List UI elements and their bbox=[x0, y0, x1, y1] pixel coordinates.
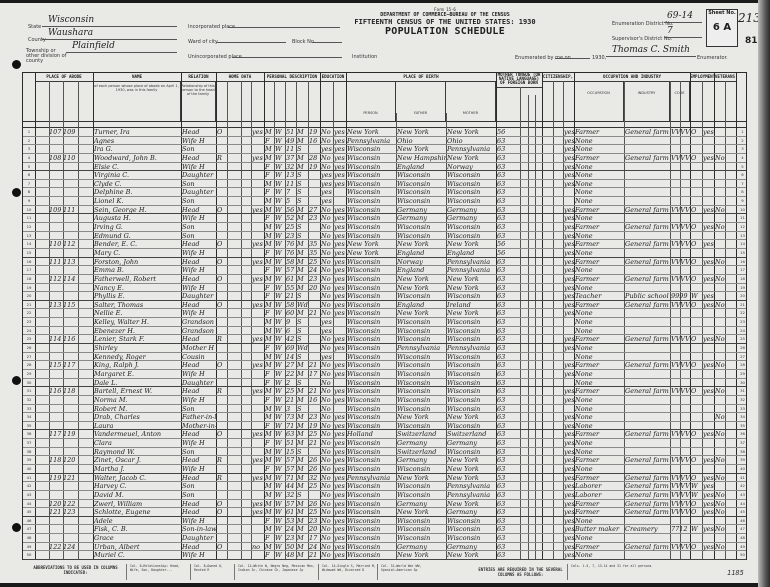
cell-fbp: England bbox=[397, 163, 446, 171]
cell-oc: VVVV bbox=[671, 500, 690, 508]
table-row: 9Lionel K.SonMW5SyesWisconsinWisconsinWi… bbox=[23, 197, 746, 206]
cell-ama bbox=[309, 301, 320, 309]
table-row: 45121123Schlotte, EugeneHeadOyesMW61M25N… bbox=[23, 508, 746, 517]
cell-home bbox=[217, 353, 227, 361]
cell-age: 3 bbox=[286, 405, 296, 413]
line-number: 46 bbox=[737, 517, 748, 525]
table-row: 22Nellie E.Wife HFW60M21NoyesWisconsinNe… bbox=[23, 309, 746, 318]
cell-ama bbox=[309, 223, 320, 231]
cell-rel: Wife H bbox=[182, 163, 216, 171]
cell-age: 76 bbox=[286, 249, 296, 257]
cell-fam bbox=[63, 448, 78, 456]
cell-occ: None bbox=[575, 318, 624, 326]
cell-ama bbox=[309, 232, 320, 240]
cell-name: Adele bbox=[94, 517, 181, 525]
line-number: 2 bbox=[737, 137, 748, 145]
cell-emp: yes bbox=[703, 206, 714, 214]
cell-ms: Wd bbox=[297, 301, 308, 309]
cell-mbp: New York bbox=[447, 465, 496, 473]
relation-header: Relationship of this person to the head … bbox=[181, 81, 216, 121]
cell-ms: S bbox=[297, 318, 308, 326]
table-row: 47Fisk, C. B.Son-in-lawMW24M20NoyesWisco… bbox=[23, 525, 746, 534]
cell-race: W bbox=[275, 396, 285, 404]
cell-mbp: Wisconsin bbox=[447, 422, 496, 430]
cell-rel: Wife H bbox=[182, 309, 216, 317]
line-number: 25 bbox=[737, 335, 748, 343]
cell-name: David M. bbox=[94, 491, 181, 499]
cell-name: Dale L. bbox=[94, 379, 181, 387]
cell-mbp: Germany bbox=[447, 508, 496, 516]
cell-emp bbox=[703, 137, 714, 145]
cell-sex: M bbox=[265, 275, 274, 283]
cell-mbp: New York bbox=[447, 456, 496, 464]
cell-name: Fisk, C. B. bbox=[94, 525, 181, 533]
cell-name: Urban, Albert bbox=[94, 543, 181, 551]
cell-dw bbox=[49, 318, 63, 326]
footer-block: Col. 31—World War WW, Spanish-American S… bbox=[377, 564, 436, 580]
cell-sex: M bbox=[265, 240, 274, 248]
line-number: 33 bbox=[23, 405, 35, 413]
cell-ms: S bbox=[297, 145, 308, 153]
cell-sex: M bbox=[265, 500, 274, 508]
cell-sch: No bbox=[321, 206, 333, 214]
line-number: 11 bbox=[23, 214, 35, 222]
cell-oc bbox=[671, 534, 690, 542]
cell-emp: yes bbox=[703, 292, 714, 300]
cell-home: O bbox=[217, 301, 227, 309]
table-row: 42Harvey C.SonMW44M25NoyesWisconsinWisco… bbox=[23, 482, 746, 491]
cell-rel: Son bbox=[182, 448, 216, 456]
cell-sex: F bbox=[265, 422, 274, 430]
cell-eng: yes bbox=[564, 258, 574, 266]
cell-home: O bbox=[217, 508, 227, 516]
state-label: State bbox=[28, 24, 41, 30]
cell-w bbox=[691, 249, 702, 257]
cell-bp: Wisconsin bbox=[347, 413, 396, 421]
cell-age: 58 bbox=[286, 258, 296, 266]
cell-mbp: New York bbox=[447, 551, 496, 559]
punch-hole bbox=[12, 376, 21, 385]
cell-fam bbox=[63, 188, 78, 196]
cell-age: 60 bbox=[286, 309, 296, 317]
cell-rel: Son bbox=[182, 232, 216, 240]
cell-dw: 112 bbox=[49, 275, 63, 283]
cell-age: 22 bbox=[286, 370, 296, 378]
cell-code: 63 bbox=[497, 525, 520, 533]
cell-code: 63 bbox=[497, 335, 520, 343]
cell-name: Harvey C. bbox=[94, 482, 181, 490]
cell-sch: yes bbox=[321, 353, 333, 361]
enumerator-label: Enumerator. bbox=[697, 55, 728, 61]
population-table: PLACE OF ABODE NAME RELATION HOME DATA P… bbox=[22, 72, 747, 560]
cell-oc bbox=[671, 188, 690, 196]
cell-occ: None bbox=[575, 405, 624, 413]
line-number: 37 bbox=[23, 439, 35, 447]
cell-race: W bbox=[275, 525, 285, 533]
cell-rel: Wife H bbox=[182, 439, 216, 447]
line-number: 13 bbox=[737, 232, 748, 240]
cell-occ: None bbox=[575, 353, 624, 361]
cell-farm bbox=[252, 327, 264, 335]
line-number: 13 bbox=[23, 232, 35, 240]
cell-ms: M bbox=[297, 422, 308, 430]
cell-farm bbox=[252, 145, 264, 153]
cell-occ: Teacher bbox=[575, 292, 624, 300]
cell-home bbox=[217, 482, 227, 490]
cell-race: W bbox=[275, 456, 285, 464]
cell-code: 63 bbox=[497, 214, 520, 222]
cell-home bbox=[217, 163, 227, 171]
cell-fbp: Wisconsin bbox=[397, 379, 446, 387]
cell-emp: yes bbox=[703, 525, 714, 533]
line-number: 1 bbox=[23, 128, 35, 136]
cell-bp: Wisconsin bbox=[347, 318, 396, 326]
cell-sex: M bbox=[265, 301, 274, 309]
cell-ms: S bbox=[297, 171, 308, 179]
cell-eng: yes bbox=[564, 335, 574, 343]
cell-sex: F bbox=[265, 309, 274, 317]
cell-ama: 19 bbox=[309, 128, 320, 136]
cell-w bbox=[691, 171, 702, 179]
cell-rel: Wife H bbox=[182, 137, 216, 145]
cell-sex: M bbox=[265, 145, 274, 153]
cell-ama bbox=[309, 335, 320, 343]
cell-code: 63 bbox=[497, 188, 520, 196]
cell-vet bbox=[715, 370, 725, 378]
cell-vet: No bbox=[715, 387, 725, 395]
cell-farm bbox=[252, 525, 264, 533]
cell-fam: 112 bbox=[63, 240, 78, 248]
cell-sex: F bbox=[265, 344, 274, 352]
line-number: 49 bbox=[23, 543, 35, 551]
cell-ind bbox=[625, 327, 670, 335]
cell-farm bbox=[252, 214, 264, 222]
cell-farm: yes bbox=[252, 275, 264, 283]
cell-fbp: Wisconsin bbox=[397, 396, 446, 404]
cell-occ: Farmer bbox=[575, 474, 624, 482]
cell-w: O bbox=[691, 240, 702, 248]
cell-ms: S bbox=[297, 491, 308, 499]
cell-sch: yes bbox=[321, 180, 333, 188]
cell-ms: M bbox=[297, 525, 308, 533]
cell-sch: No bbox=[321, 309, 333, 317]
cell-bp: Wisconsin bbox=[347, 206, 396, 214]
line-number: 7 bbox=[737, 180, 748, 188]
cell-rel: Daughter bbox=[182, 171, 216, 179]
cell-eng: yes bbox=[564, 396, 574, 404]
cell-age: 25 bbox=[286, 387, 296, 395]
line-number: 44 bbox=[737, 500, 748, 508]
table-row: 43David M.SonMW32SNoyesWisconsinWisconsi… bbox=[23, 491, 746, 500]
line-number: 42 bbox=[737, 482, 748, 490]
cell-home bbox=[217, 171, 227, 179]
cell-sex: M bbox=[265, 525, 274, 533]
cell-fbp: Wisconsin bbox=[397, 180, 446, 188]
cell-home bbox=[217, 137, 227, 145]
cell-home bbox=[217, 448, 227, 456]
cell-fbp: Wisconsin bbox=[397, 491, 446, 499]
cell-sch: No bbox=[321, 292, 333, 300]
cell-code: 63 bbox=[497, 543, 520, 551]
cell-fbp: Germany bbox=[397, 439, 446, 447]
cell-oc: VVVV bbox=[671, 482, 690, 490]
cell-rel: Wife H bbox=[182, 465, 216, 473]
cell-age: 15 bbox=[286, 448, 296, 456]
line-number: 4 bbox=[737, 154, 748, 162]
cell-name: Norma M. bbox=[94, 396, 181, 404]
cell-dw bbox=[49, 413, 63, 421]
cell-race: W bbox=[275, 284, 285, 292]
cell-fam bbox=[63, 413, 78, 421]
cell-farm bbox=[252, 517, 264, 525]
cell-fam: 119 bbox=[63, 430, 78, 438]
cell-occ: None bbox=[575, 197, 624, 205]
cell-fam: 124 bbox=[63, 543, 78, 551]
state-value: Wisconsin bbox=[48, 15, 94, 25]
cell-name: Vandermeuel, Anton bbox=[94, 430, 181, 438]
cell-home bbox=[217, 396, 227, 404]
cell-emp bbox=[703, 327, 714, 335]
cell-code: 63 bbox=[497, 370, 520, 378]
entries-title: ENTRIES ARE REQUIRED IN THE SEVERAL COLU… bbox=[478, 567, 563, 577]
cell-name: Forston, John bbox=[94, 258, 181, 266]
cell-mbp: New York bbox=[447, 309, 496, 317]
cell-name: Raymond W. bbox=[94, 448, 181, 456]
cell-bp: Wisconsin bbox=[347, 508, 396, 516]
cell-bp: Wisconsin bbox=[347, 188, 396, 196]
cell-emp: yes bbox=[703, 154, 714, 162]
cell-occ: None bbox=[575, 266, 624, 274]
cell-farm bbox=[252, 396, 264, 404]
enumerator-field: Thomas C. Smith bbox=[606, 47, 696, 57]
cell-rel: Head bbox=[182, 258, 216, 266]
cell-race: W bbox=[275, 318, 285, 326]
cell-ama: 16 bbox=[309, 137, 320, 145]
cell-sch: No bbox=[321, 448, 333, 456]
cell-emp bbox=[703, 551, 714, 559]
cell-home: O bbox=[217, 206, 227, 214]
cell-ms: M bbox=[297, 387, 308, 395]
cell-race: W bbox=[275, 551, 285, 559]
line-number: 18 bbox=[737, 275, 748, 283]
line-number: 46 bbox=[23, 517, 35, 525]
cell-rel: Son bbox=[182, 197, 216, 205]
cell-race: W bbox=[275, 361, 285, 369]
cell-sex: M bbox=[265, 361, 274, 369]
cell-sch: No bbox=[321, 370, 333, 378]
cell-vet bbox=[715, 344, 725, 352]
table-row: 1107109Turner, IraHeadOyesMW51M19NoyesNe… bbox=[23, 128, 746, 137]
cell-ama: 17 bbox=[309, 534, 320, 542]
cell-occ: None bbox=[575, 327, 624, 335]
cell-code: 63 bbox=[497, 379, 520, 387]
cell-name: Zinet, Oscar J. bbox=[94, 456, 181, 464]
line-number: 10 bbox=[23, 206, 35, 214]
cell-rel: Head bbox=[182, 240, 216, 248]
cell-rd: yes bbox=[334, 266, 346, 274]
cell-fbp: Wisconsin bbox=[397, 335, 446, 343]
table-row: 36117119Vandermeuel, AntonHeadOyesMW63M2… bbox=[23, 430, 746, 439]
cell-ms: S bbox=[297, 223, 308, 231]
line-number: 14 bbox=[737, 240, 748, 248]
cell-name: Elsie C. bbox=[94, 163, 181, 171]
footer-stamp: 1185 bbox=[727, 569, 744, 577]
cell-emp bbox=[703, 396, 714, 404]
cell-rel: Wife H bbox=[182, 266, 216, 274]
cell-vet bbox=[715, 284, 725, 292]
group-personal: PERSONAL DESCRIPTION bbox=[264, 73, 321, 82]
cell-vet: No bbox=[715, 335, 725, 343]
cell-age: 71 bbox=[286, 422, 296, 430]
cell-age: 55 bbox=[286, 284, 296, 292]
cell-emp bbox=[703, 309, 714, 317]
cell-mbp: Wisconsin bbox=[447, 197, 496, 205]
cell-rel: Head bbox=[182, 430, 216, 438]
cell-farm bbox=[252, 405, 264, 413]
cell-age: 13 bbox=[286, 171, 296, 179]
cell-sex: F bbox=[265, 137, 274, 145]
cell-eng: yes bbox=[564, 456, 574, 464]
cell-home bbox=[217, 370, 227, 378]
cell-age: 57 bbox=[286, 456, 296, 464]
cell-ama bbox=[309, 188, 320, 196]
cell-w bbox=[691, 370, 702, 378]
cell-vet: No bbox=[715, 258, 725, 266]
cell-oc: VVVV bbox=[671, 361, 690, 369]
cell-age: 11 bbox=[286, 180, 296, 188]
cell-mbp: Pennsylvania bbox=[447, 145, 496, 153]
cell-fam bbox=[63, 266, 78, 274]
cell-rd: yes bbox=[334, 517, 346, 525]
cell-rd: yes bbox=[334, 508, 346, 516]
line-number: 14 bbox=[23, 240, 35, 248]
cell-sch: No bbox=[321, 405, 333, 413]
cell-farm bbox=[252, 284, 264, 292]
cell-w: O bbox=[691, 543, 702, 551]
cell-mbp: Wisconsin bbox=[447, 223, 496, 231]
cell-w: W bbox=[691, 292, 702, 300]
line-number: 24 bbox=[737, 327, 748, 335]
cell-rel: Daughter bbox=[182, 188, 216, 196]
cell-dw bbox=[49, 137, 63, 145]
cell-code: 56 bbox=[497, 249, 520, 257]
cell-w bbox=[691, 145, 702, 153]
cell-ama bbox=[309, 180, 320, 188]
cell-mbp: Wisconsin bbox=[447, 180, 496, 188]
cell-bp: Wisconsin bbox=[347, 387, 396, 395]
cell-farm: no bbox=[252, 543, 264, 551]
cell-ind bbox=[625, 232, 670, 240]
cell-occ: None bbox=[575, 448, 624, 456]
cell-ama: 28 bbox=[309, 154, 320, 162]
cell-oc bbox=[671, 327, 690, 335]
cell-bp: Wisconsin bbox=[347, 258, 396, 266]
cell-age: 73 bbox=[286, 413, 296, 421]
table-row: 38Raymond W.SonMW15SNoyesWisconsinSwitze… bbox=[23, 448, 746, 457]
cell-w: O bbox=[691, 456, 702, 464]
cell-oc bbox=[671, 517, 690, 525]
cell-eng: yes bbox=[564, 508, 574, 516]
cell-occ: None bbox=[575, 163, 624, 171]
cell-oc: 7712 bbox=[671, 525, 690, 533]
cell-ama: 17 bbox=[309, 370, 320, 378]
cell-sex: M bbox=[265, 482, 274, 490]
cell-code: 63 bbox=[497, 517, 520, 525]
cell-age: 32 bbox=[286, 491, 296, 499]
cell-oc bbox=[671, 405, 690, 413]
cell-fbp: Wisconsin bbox=[397, 197, 446, 205]
cell-sex: F bbox=[265, 292, 274, 300]
supervisor-field: 7 bbox=[664, 28, 702, 38]
line-number: 43 bbox=[23, 491, 35, 499]
cell-fbp: Norway bbox=[397, 258, 446, 266]
cell-rel: Head bbox=[182, 275, 216, 283]
cell-occ: Farmer bbox=[575, 430, 624, 438]
cell-ms: M bbox=[297, 128, 308, 136]
cell-emp bbox=[703, 353, 714, 361]
cell-code: 63 bbox=[497, 206, 520, 214]
line-number: 3 bbox=[737, 145, 748, 153]
cell-vet: No bbox=[715, 525, 725, 533]
cell-age: 27 bbox=[286, 361, 296, 369]
table-row: 28115117King, Ralph J.HeadOyesMW27M21Noy… bbox=[23, 361, 746, 370]
cell-emp bbox=[703, 370, 714, 378]
incorporated-field bbox=[228, 18, 340, 28]
cell-race: W bbox=[275, 301, 285, 309]
line-number: 36 bbox=[23, 430, 35, 438]
cell-home bbox=[217, 232, 227, 240]
cell-dw bbox=[49, 370, 63, 378]
cell-fam bbox=[63, 284, 78, 292]
line-number: 10 bbox=[737, 206, 748, 214]
cell-w bbox=[691, 214, 702, 222]
cell-mbp: New York bbox=[447, 275, 496, 283]
cell-farm: yes bbox=[252, 474, 264, 482]
cell-mbp: Wisconsin bbox=[447, 379, 496, 387]
cell-vet bbox=[715, 232, 725, 240]
cell-code: 63 bbox=[497, 405, 520, 413]
cell-ama: 23 bbox=[309, 214, 320, 222]
cell-ind bbox=[625, 197, 670, 205]
cell-ama: 21 bbox=[309, 551, 320, 559]
cell-farm bbox=[252, 379, 264, 387]
cell-oc: VVVV bbox=[671, 275, 690, 283]
ward-field bbox=[216, 33, 286, 43]
cell-eng: yes bbox=[564, 137, 574, 145]
cell-w bbox=[691, 163, 702, 171]
cell-dw: 118 bbox=[49, 456, 63, 464]
line-number: 22 bbox=[737, 309, 748, 317]
cell-dw bbox=[49, 327, 63, 335]
cell-w bbox=[691, 422, 702, 430]
cell-sch: yes bbox=[321, 171, 333, 179]
cell-w: O bbox=[691, 387, 702, 395]
cell-ms: M bbox=[297, 543, 308, 551]
cell-ms: S bbox=[297, 405, 308, 413]
cell-race: W bbox=[275, 309, 285, 317]
cell-rd: yes bbox=[334, 448, 346, 456]
cell-mbp: Wisconsin bbox=[447, 188, 496, 196]
cell-name: Ira G. bbox=[94, 145, 181, 153]
cell-fbp: Germany bbox=[397, 543, 446, 551]
cell-ms: S bbox=[297, 180, 308, 188]
cell-code: 63 bbox=[497, 232, 520, 240]
cell-ama: 23 bbox=[309, 517, 320, 525]
cell-mbp: New York bbox=[447, 284, 496, 292]
table-row: 5Elsie C.Wife HFW32M19NoyesWisconsinEngl… bbox=[23, 163, 746, 172]
cell-w bbox=[691, 188, 702, 196]
cell-name: Kennedy, Roger bbox=[94, 353, 181, 361]
